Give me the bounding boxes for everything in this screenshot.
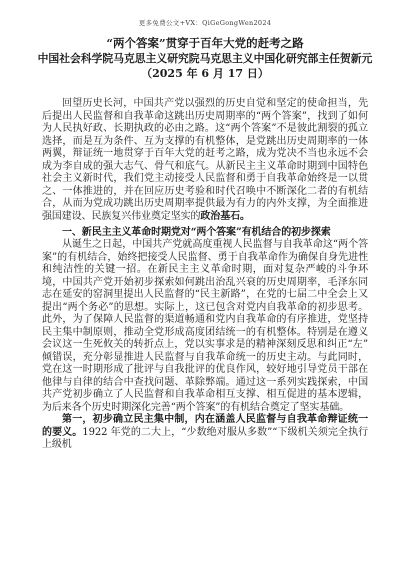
document-body: 回望历史长河，中国共产党以强烈的历史自觉和坚定的使命担当，先后提出人民监督和自我…: [42, 98, 368, 452]
author-line: 中国社会科学院马克思主义研究院马克思主义中国化研究部主任贺新元: [36, 52, 374, 65]
watermark-text: 更多免费公文+VX：QiGeGongWen2024: [42, 18, 368, 27]
date-line: （2025 年 6 月 17 日）: [42, 67, 368, 81]
intro-paragraph-bold-tail: 政治基石。: [200, 211, 250, 222]
intro-paragraph-text: 回望历史长河，中国共产党以强烈的历史自觉和坚定的使命担当，先后提出人民监督和自我…: [42, 98, 368, 222]
section-1-heading: 一、新民主主义革命时期党对“两个答案”有机结合的初步探索: [42, 227, 368, 240]
intro-paragraph: 回望历史长河，中国共产党以强烈的历史自觉和坚定的使命担当，先后提出人民监督和自我…: [42, 98, 368, 223]
section-1-point-1: 第一，初步确立民主集中制，内在涵盖人民监督与自我革命辩证统一的要义。1922 年…: [42, 414, 368, 452]
document-page: 更多免费公文+VX：QiGeGongWen2024 “两个答案”贯穿于百年大党的…: [0, 0, 409, 580]
point-1-rest: 1922 年党的二大上，“少数绝对服从多数”“下级机关须完全执行上级机: [42, 427, 368, 451]
section-1-paragraph: 从诞生之日起，中国共产党就高度重视人民监督与自我革命这“两个答案”的有机结合，始…: [42, 239, 368, 414]
document-title: “两个答案”贯穿于百年大党的赶考之路: [42, 37, 368, 50]
